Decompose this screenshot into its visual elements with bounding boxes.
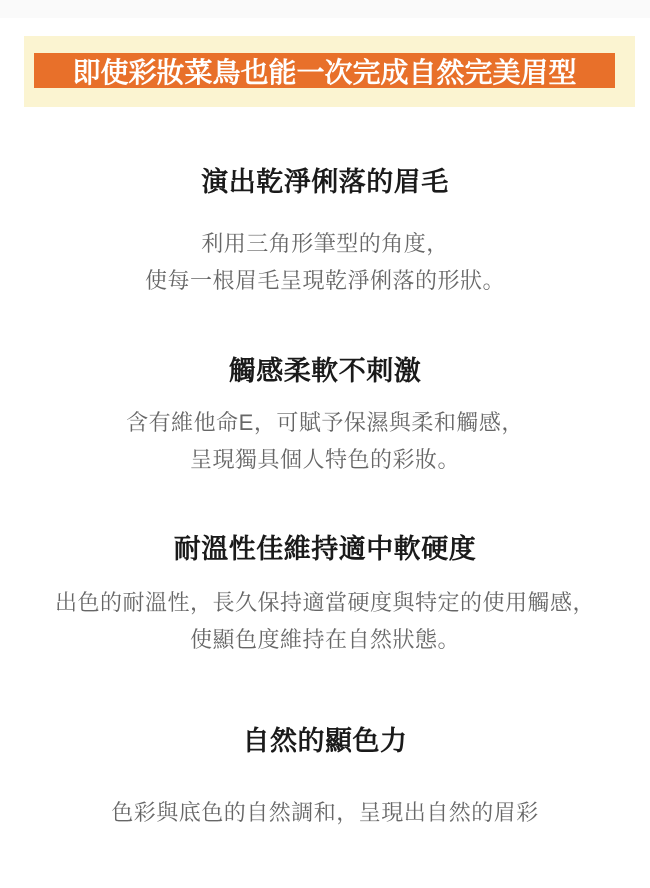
section-heading: 觸感柔軟不刺激 — [0, 356, 650, 386]
feature-section-brow-shape: 演出乾淨俐落的眉毛 利用三角形筆型的角度， 使每一根眉毛呈現乾淨俐落的形狀。 — [0, 167, 650, 299]
section-heading: 自然的顯色力 — [0, 726, 650, 756]
promo-banner: 即使彩妝菜鳥也能一次完成自然完美眉型 — [24, 36, 635, 107]
section-heading: 演出乾淨俐落的眉毛 — [0, 167, 650, 197]
feature-section-natural-color: 自然的顯色力 色彩與底色的自然調和，呈現出自然的眉彩 — [0, 726, 650, 831]
section-body-line: 使每一根眉毛呈現乾淨俐落的形狀。 — [0, 262, 650, 299]
feature-section-heat-resistance: 耐溫性佳維持適中軟硬度 出色的耐溫性，長久保持適當硬度與特定的使用觸感， 使顯色… — [0, 534, 650, 658]
section-body: 含有維他命E，可賦予保濕與柔和觸感， 呈現獨具個人特色的彩妝。 — [0, 404, 650, 478]
section-body-line: 呈現獨具個人特色的彩妝。 — [0, 441, 650, 478]
section-body-line: 出色的耐溫性，長久保持適當硬度與特定的使用觸感， — [0, 584, 650, 621]
section-body: 利用三角形筆型的角度， 使每一根眉毛呈現乾淨俐落的形狀。 — [0, 225, 650, 299]
section-heading: 耐溫性佳維持適中軟硬度 — [0, 534, 650, 564]
section-body: 色彩與底色的自然調和，呈現出自然的眉彩 — [0, 794, 650, 831]
banner-title-box: 即使彩妝菜鳥也能一次完成自然完美眉型 — [34, 53, 615, 88]
top-strip — [0, 0, 650, 18]
section-body-line: 色彩與底色的自然調和，呈現出自然的眉彩 — [0, 794, 650, 831]
section-body: 出色的耐溫性，長久保持適當硬度與特定的使用觸感， 使顯色度維持在自然狀態。 — [0, 584, 650, 658]
section-body-line: 使顯色度維持在自然狀態。 — [0, 621, 650, 658]
feature-section-soft-touch: 觸感柔軟不刺激 含有維他命E，可賦予保濕與柔和觸感， 呈現獨具個人特色的彩妝。 — [0, 356, 650, 478]
banner-title: 即使彩妝菜鳥也能一次完成自然完美眉型 — [72, 51, 576, 91]
product-description-page: 即使彩妝菜鳥也能一次完成自然完美眉型 演出乾淨俐落的眉毛 利用三角形筆型的角度，… — [0, 0, 650, 888]
section-body-line: 利用三角形筆型的角度， — [0, 225, 650, 262]
section-body-line: 含有維他命E，可賦予保濕與柔和觸感， — [0, 404, 650, 441]
